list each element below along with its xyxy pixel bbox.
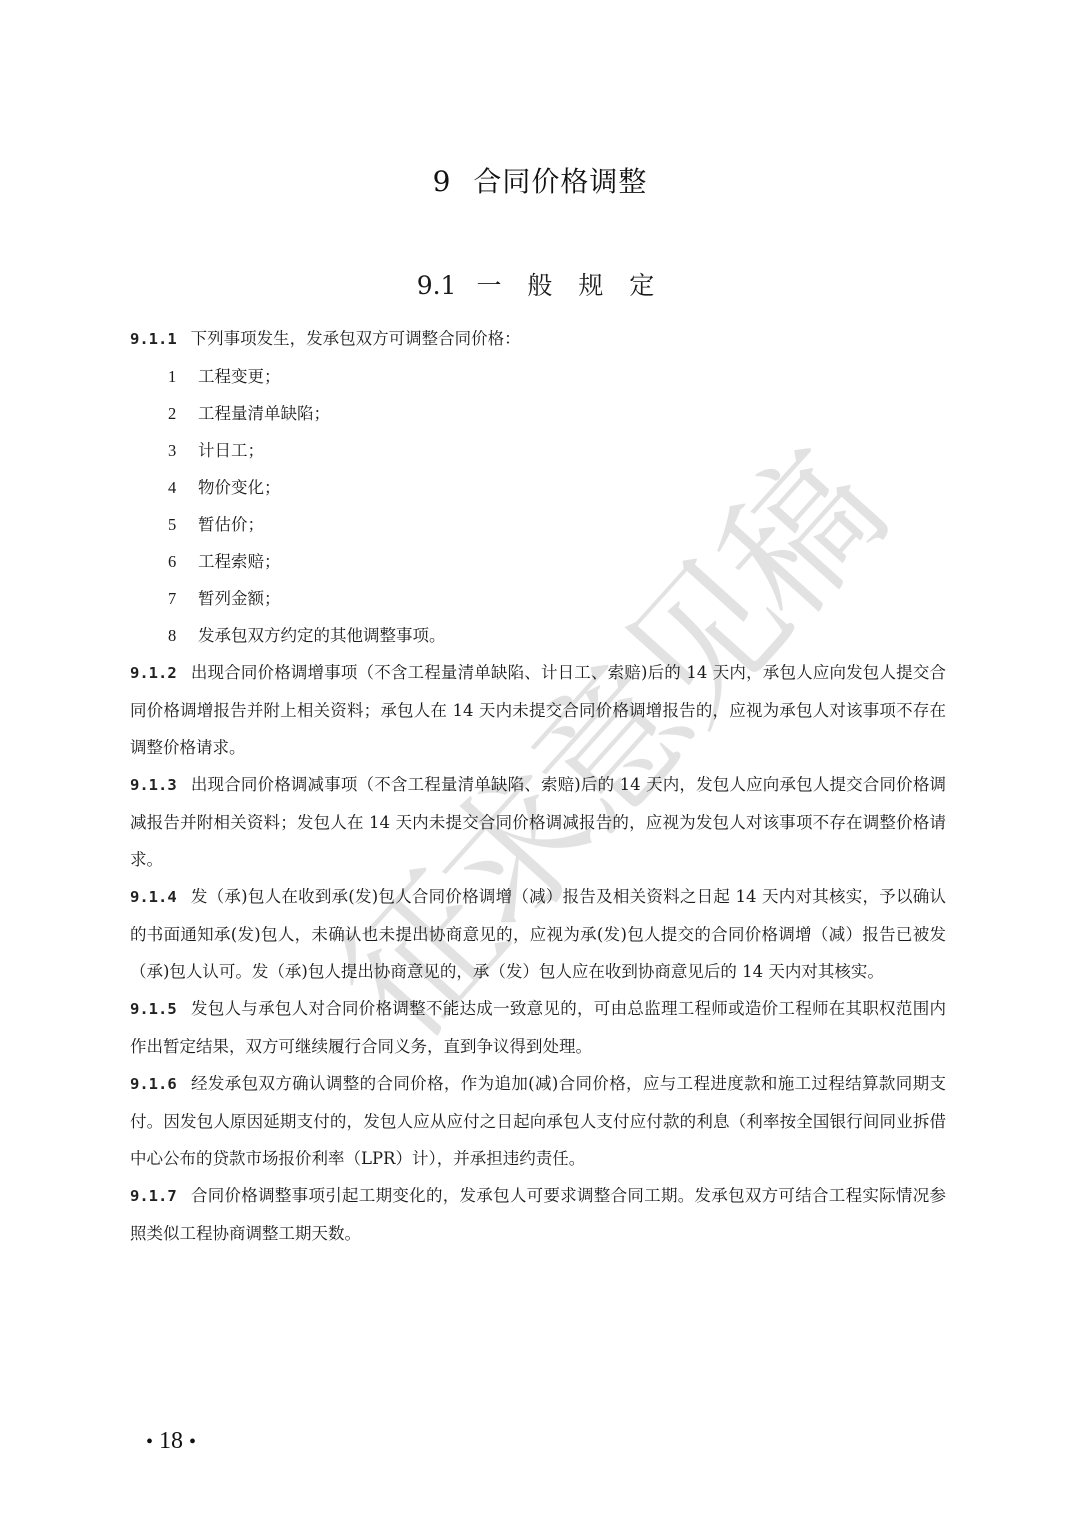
list-item: 5暂估价； [130, 506, 946, 543]
clause-9-1-2: 9.1.2出现合同价格调增事项（不含工程量清单缺陷、计日工、索赔)后的 14 天… [130, 654, 946, 766]
clause-number: 9.1.1 [130, 330, 177, 348]
clause-9-1-6: 9.1.6经发承包双方确认调整的合同价格，作为追加(减)合同价格，应与工程进度款… [130, 1065, 946, 1177]
list-item-text: 工程变更； [198, 367, 281, 386]
list-item: 2工程量清单缺陷； [130, 395, 946, 432]
list-item-number: 7 [168, 580, 198, 617]
clause-number: 9.1.3 [130, 776, 177, 794]
clause-9-1-3: 9.1.3出现合同价格调减事项（不含工程量清单缺陷、索赔)后的 14 天内，发包… [130, 766, 946, 878]
list-item-number: 4 [168, 469, 198, 506]
chapter-title-text: 合同价格调整 [473, 165, 647, 198]
list-item-text: 工程量清单缺陷； [198, 404, 330, 423]
list-item-number: 1 [168, 358, 198, 395]
list-item-text: 工程索赔； [198, 552, 281, 571]
clause-number: 9.1.7 [130, 1187, 177, 1205]
section-title: 9.1一 般 规 定 [0, 266, 1080, 302]
clause-text: 下列事项发生，发承包双方可调整合同价格： [191, 329, 521, 348]
clause-9-1-5: 9.1.5发包人与承包人对合同价格调整不能达成一致意见的，可由总监理工程师或造价… [130, 990, 946, 1065]
list-item-number: 3 [168, 432, 198, 469]
section-number: 9.1 [417, 271, 457, 300]
chapter-number: 9 [433, 165, 452, 198]
clause-text: 经发承包双方确认调整的合同价格，作为追加(减)合同价格，应与工程进度款和施工过程… [130, 1074, 946, 1168]
list-item-number: 5 [168, 506, 198, 543]
clause-text: 出现合同价格调减事项（不含工程量清单缺陷、索赔)后的 14 天内，发包人应向承包… [130, 775, 946, 869]
bullet-icon: • [189, 1431, 196, 1453]
list-item-text: 暂估价； [198, 515, 264, 534]
clause-text: 发（承)包人在收到承(发)包人合同价格调增（减）报告及相关资料之日起 14 天内… [130, 887, 946, 981]
clause-9-1-1: 9.1.1下列事项发生，发承包双方可调整合同价格： [130, 320, 946, 358]
list-item: 8发承包双方约定的其他调整事项。 [130, 617, 946, 654]
list-item: 6工程索赔； [130, 543, 946, 580]
clause-number: 9.1.4 [130, 888, 177, 906]
list-item: 3计日工； [130, 432, 946, 469]
clause-9-1-4: 9.1.4发（承)包人在收到承(发)包人合同价格调增（减）报告及相关资料之日起 … [130, 878, 946, 990]
section-title-text: 一 般 规 定 [476, 271, 663, 300]
clause-text: 合同价格调整事项引起工期变化的，发承包人可要求调整合同工期。发承包双方可结合工程… [130, 1186, 946, 1243]
list-item: 1工程变更； [130, 358, 946, 395]
clause-text: 发包人与承包人对合同价格调整不能达成一致意见的，可由总监理工程师或造价工程师在其… [130, 999, 946, 1056]
list-item-text: 计日工； [198, 441, 264, 460]
list-item: 4物价变化； [130, 469, 946, 506]
clause-9-1-7: 9.1.7合同价格调整事项引起工期变化的，发承包人可要求调整合同工期。发承包双方… [130, 1177, 946, 1252]
document-page: 征求意见稿 9合同价格调整 9.1一 般 规 定 9.1.1下列事项发生，发承包… [0, 0, 1080, 1526]
clause-text: 出现合同价格调增事项（不含工程量清单缺陷、计日工、索赔)后的 14 天内，承包人… [130, 663, 946, 757]
clause-number: 9.1.6 [130, 1075, 177, 1093]
list-item: 7暂列金额； [130, 580, 946, 617]
clause-number: 9.1.2 [130, 664, 177, 682]
bullet-icon: • [146, 1431, 153, 1453]
list-item-text: 物价变化； [198, 478, 281, 497]
document-body: 9.1.1下列事项发生，发承包双方可调整合同价格： 1工程变更； 2工程量清单缺… [130, 320, 946, 1252]
clause-number: 9.1.5 [130, 1000, 177, 1018]
list-item-text: 发承包双方约定的其他调整事项。 [198, 626, 446, 645]
page-number-value: 18 [159, 1428, 183, 1454]
list-item-text: 暂列金额； [198, 589, 281, 608]
page-number: •18• [140, 1428, 202, 1455]
list-item-number: 6 [168, 543, 198, 580]
list-item-number: 2 [168, 395, 198, 432]
list-item-number: 8 [168, 617, 198, 654]
chapter-title: 9合同价格调整 [0, 160, 1080, 200]
